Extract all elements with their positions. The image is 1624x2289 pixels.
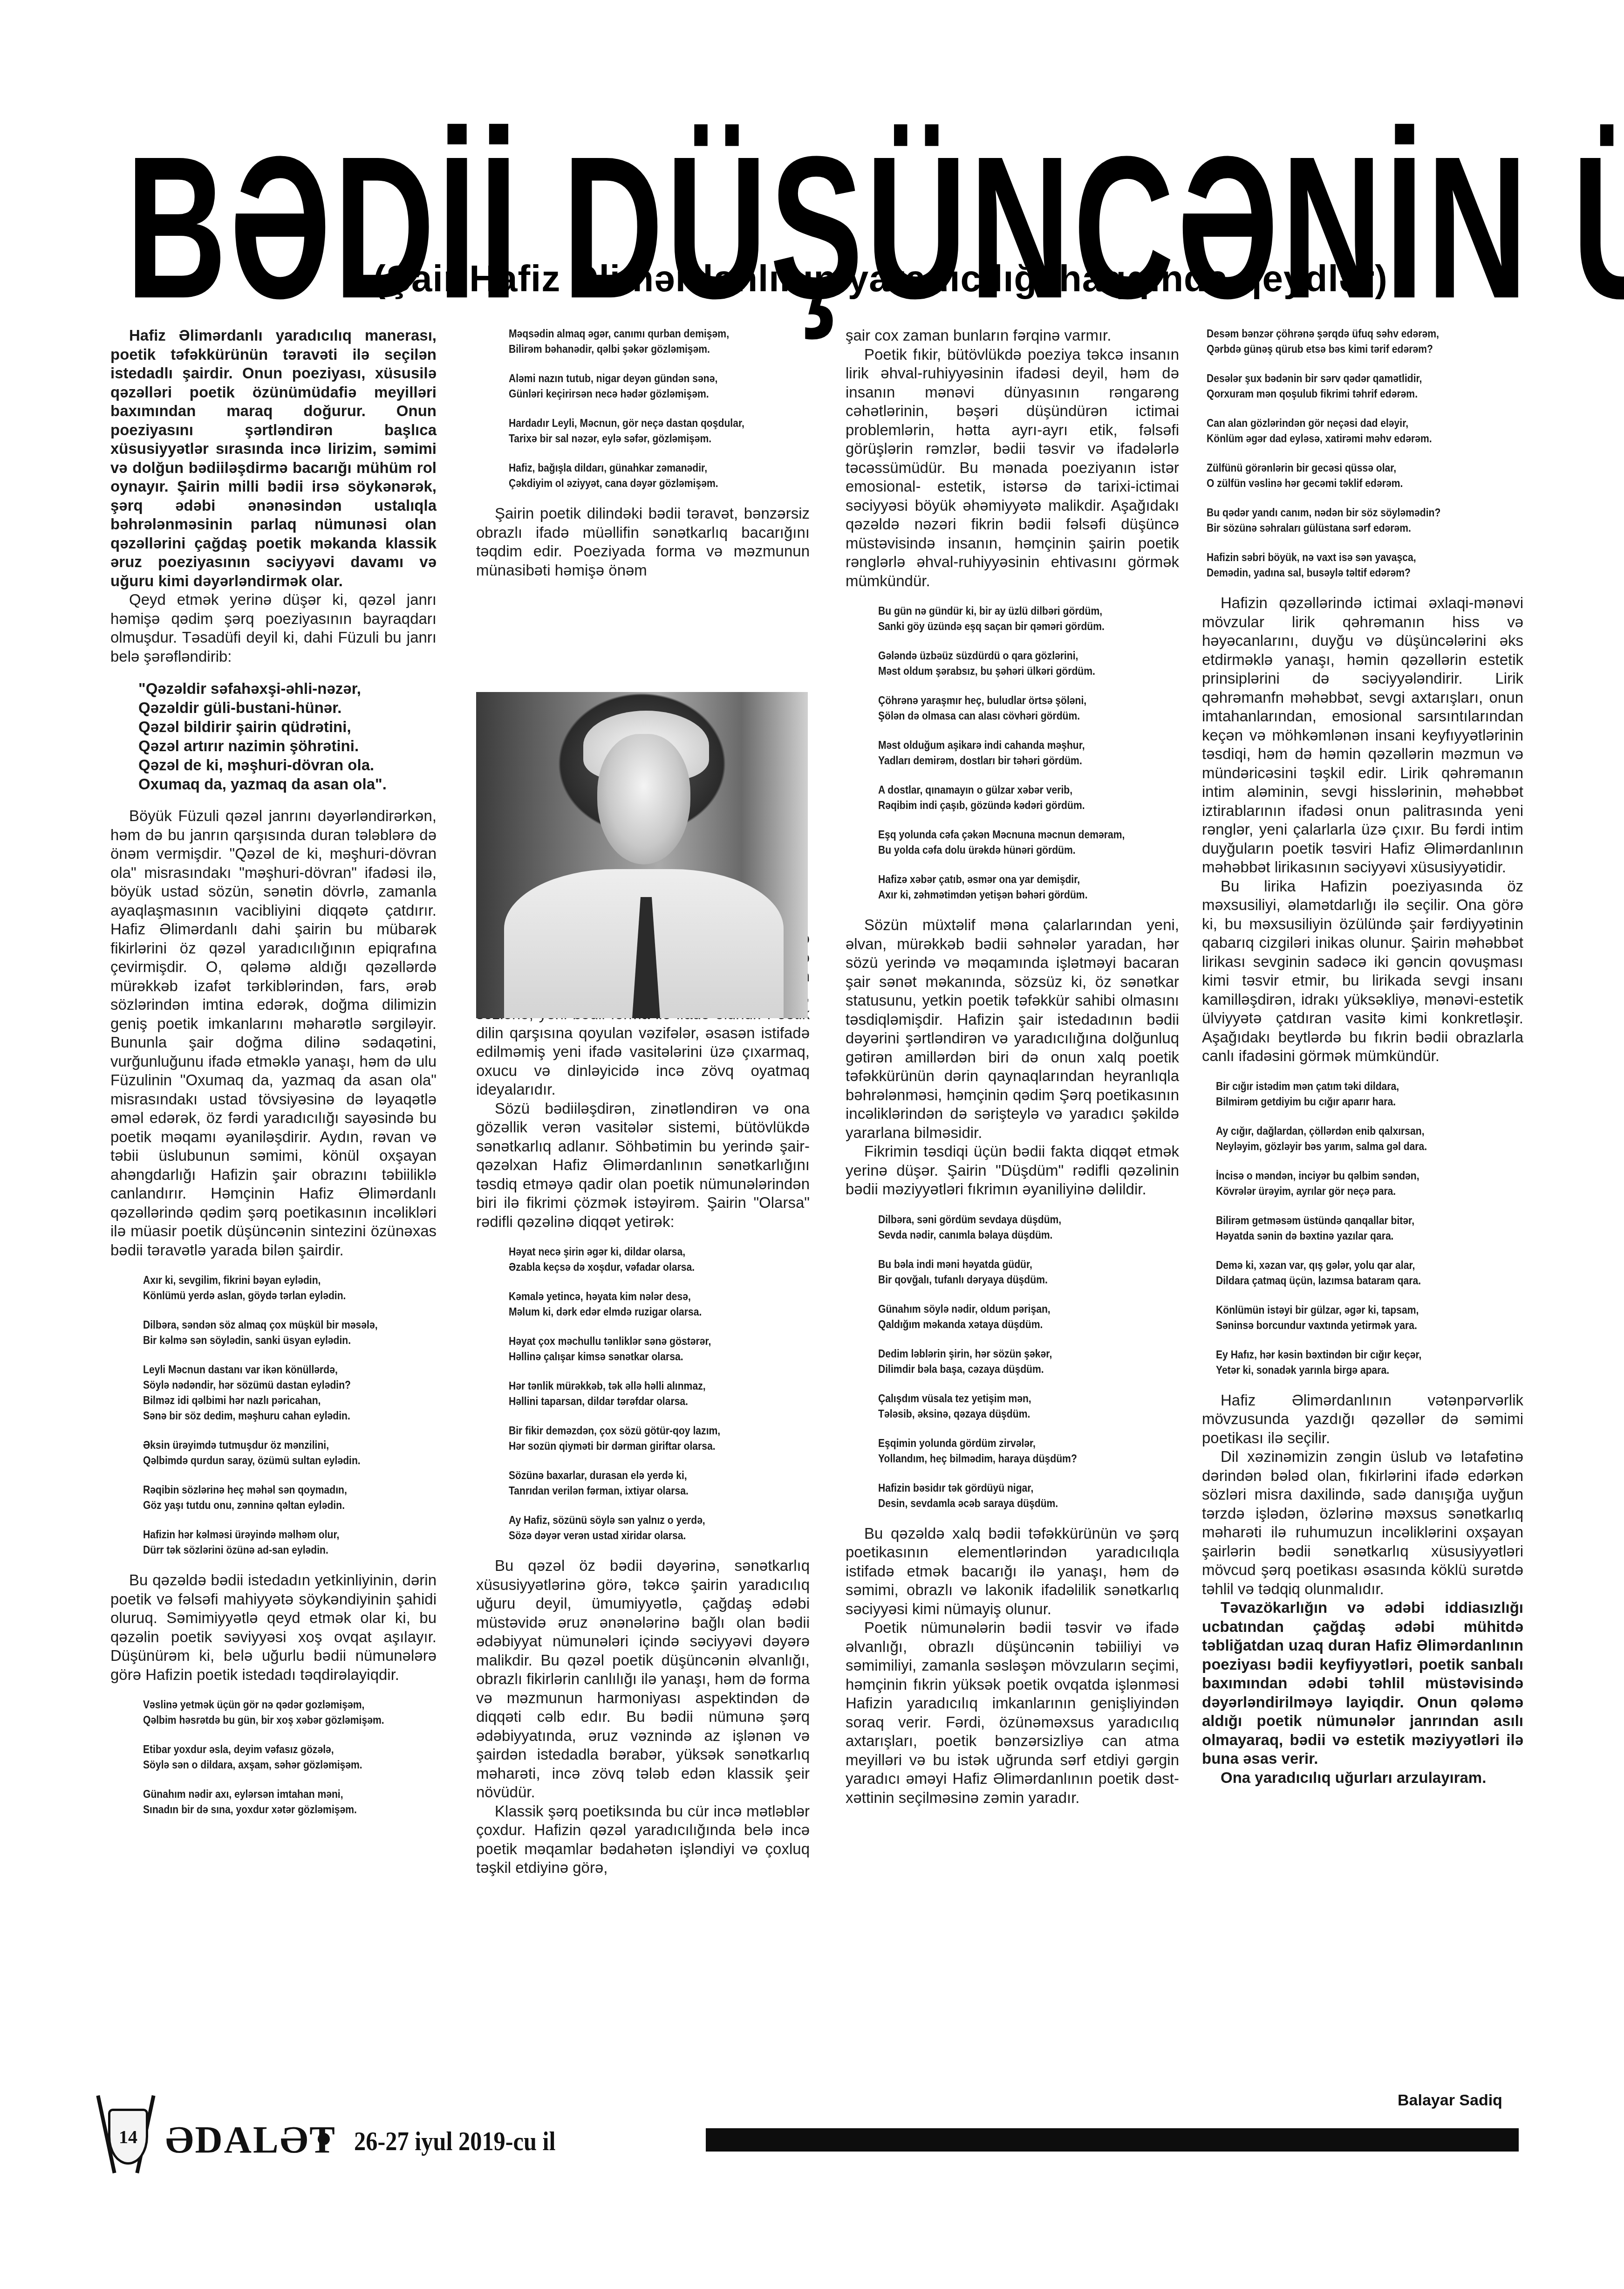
verse-line: Məst oldum şərabsız, bu şəhəri ülkəri gö…: [878, 664, 1190, 679]
photo-face: [597, 734, 690, 864]
fuzuli-quote-verse: "Qəzəldir səfahəxşi-əhli-nəzər, Qəzəldir…: [138, 679, 437, 794]
footer-rule-bar: [706, 2128, 1519, 2152]
verse-line: Qəzəl de ki, məşhuri-dövran ola.: [138, 755, 437, 774]
verse-line: Bir qovğalı, tufanlı dəryaya düşdüm.: [878, 1272, 1190, 1288]
stanza: Desələr şux bədənin bir sərv qədər qamət…: [1207, 371, 1518, 402]
verse-line: Göz yaşı tutdu onu, zənninə qəltan eyləd…: [143, 1498, 455, 1513]
verse-line: Günahım söylə nədir, oldum pərişan,: [878, 1302, 1190, 1317]
verse-line: Hafizin hər kəlməsi ürəyində məlhəm olur…: [143, 1527, 455, 1542]
verse-line: Çalışdım vüsala tez yetişim mən,: [878, 1391, 1190, 1406]
paragraph: Qeyd etmək yerinə düşər ki, qəzəl janrı …: [110, 590, 437, 666]
verse-line: Yadları demirəm, dostları bir təhəri gör…: [878, 753, 1190, 768]
verse-line: Hardadır Leyli, Məcnun, gör neçə dastan …: [509, 416, 820, 431]
stanza: Dilbəra, səndən söz almaq çox müşkül bir…: [143, 1317, 455, 1348]
verse-line: Məqsədin almaq əgər, canımı qurban demiş…: [509, 326, 820, 342]
stanza: Ay cığır, dağlardan, çöllərdən enib qalx…: [1216, 1124, 1528, 1154]
verse-line: Günahım nədir axı, eylərsən imtahan məni…: [143, 1787, 455, 1802]
stanza: Vəslinə yetmək üçün gör nə qədər gozləmi…: [143, 1697, 455, 1728]
stanza: Bu gün nə gündür ki, bir ay üzlü dilbəri…: [878, 603, 1190, 634]
verse-line: Sınadın bir də sına, yoxdur xətər gözləm…: [143, 1802, 455, 1817]
verse-line: Çöhrənə yaraşmır heç, buludlar örtsə şöl…: [878, 693, 1190, 708]
verse-line: Məlum ki, dərk edər elmdə ruzigar olarsa…: [509, 1304, 820, 1320]
verse-line: Oxumaq da, yazmaq da asan ola".: [138, 774, 437, 794]
paragraph: Sözü bədiiləşdirən, zinətləndirən və ona…: [476, 1099, 810, 1232]
verse-line: Sözə dəyər verən ustad xiridar olarsa.: [509, 1528, 820, 1543]
verse-line: Aləmi nazın tutub, nigar deyən gündən sə…: [509, 371, 820, 386]
ghazel-dusdum: Dilbəra, səni gördüm sevdaya düşdüm,Sevd…: [878, 1212, 1190, 1511]
verse-line: Bilirəm getməsəm üstündə qanqallar bitər…: [1216, 1213, 1528, 1228]
verse-line: Həyatda sənin də bəxtinə yazılar qara.: [1216, 1228, 1528, 1244]
verse-line: Qərbdə günəş qürub etsə bəs kimi tərif e…: [1207, 342, 1518, 357]
ghazel-olarsa: Həyat necə şirin əgər ki, dildar olarsa,…: [509, 1244, 820, 1543]
stanza: Çöhrənə yaraşmır heç, buludlar örtsə şöl…: [878, 693, 1190, 724]
ghazel-gozlemisem-part2: Məqsədin almaq əgər, canımı qurban demiş…: [509, 326, 820, 491]
paragraph: Hafiz Əlimərdanlının vətənpərvərlik mövz…: [1202, 1391, 1523, 1448]
verse-line: Sevda nədir, canımla bəlaya düşdüm.: [878, 1227, 1190, 1243]
stanza: Can alan gözlərindən gör neçəsi dad eləy…: [1207, 416, 1518, 446]
paragraph: Poetik nümunələrin bədii təsvir və ifadə…: [846, 1618, 1179, 1807]
column-1: Hafiz Əlimərdanlı yaradıcılıq manerası, …: [110, 326, 437, 1830]
verse-line: O zülfün vəslinə hər gecəmi təklif edərə…: [1207, 476, 1518, 491]
verse-line: Sənə bir söz dedim, məşhuru cahan eylədi…: [143, 1408, 455, 1424]
column-2: Məqsədin almaq əgər, canımı qurban demiş…: [476, 326, 810, 1878]
page-number: 14: [108, 2109, 148, 2165]
stanza: Leyli Məcnun dastanı var ikən könüllərdə…: [143, 1362, 455, 1424]
stanza: Hafizin səbri böyük, nə vaxt isə sən yav…: [1207, 550, 1518, 581]
verse-line: Qorxuram mən qoşulub fikrimi təhrif edər…: [1207, 386, 1518, 402]
verse-line: Vəslinə yetmək üçün gör nə qədər gozləmi…: [143, 1697, 455, 1713]
stanza: Gələndə üzbəüz süzdürdü o qara gözlərini…: [878, 648, 1190, 679]
stanza: Ay Hafiz, sözünü söylə sən yalnız o yerd…: [509, 1513, 820, 1543]
paragraph: Klassik şərq poetiksında bu cür incə mət…: [476, 1802, 810, 1878]
verse-line: Leyli Məcnun dastanı var ikən könüllərdə…: [143, 1362, 455, 1378]
stanza: Zülfünü görənlərin bir gecəsi qüssə olar…: [1207, 460, 1518, 491]
paragraph: Hafizin qəzəllərində ictimai əxlaqi-mənə…: [1202, 594, 1523, 877]
stanza: Məst olduğum aşikarə indi cahanda məşhur…: [878, 738, 1190, 768]
stanza: Könlümün istəyi bir gülzar, əgər ki, tap…: [1216, 1302, 1528, 1333]
stanza: Həyat çox məchullu tənliklər sənə göstər…: [509, 1334, 820, 1364]
verse-line: Etibar yoxdur əsla, deyim vəfasız gözələ…: [143, 1742, 455, 1757]
stanza: Bir fikir deməzdən, çox sözü götür-qoy l…: [509, 1423, 820, 1454]
verse-line: Kəmalə yetincə, həyata kim nələr desə,: [509, 1289, 820, 1304]
verse-line: Dedim ləblərin şirin, hər sözün şəkər,: [878, 1346, 1190, 1362]
verse-line: Həyat çox məchullu tənliklər sənə göstər…: [509, 1334, 820, 1349]
verse-line: Söylə nədəndir, hər sözümü dastan eylədi…: [143, 1378, 455, 1393]
verse-line: Məst olduğum aşikarə indi cahanda məşhur…: [878, 738, 1190, 753]
verse-line: Qaldığım məkanda xətaya düşdüm.: [878, 1317, 1190, 1332]
verse-line: Sözünə baxarlar, durasan elə yerdə ki,: [509, 1468, 820, 1483]
verse-line: Desələr şux bədənin bir sərv qədər qamət…: [1207, 371, 1518, 386]
closing-wish: Ona yaradıcılıq uğurları arzulayıram.: [1202, 1768, 1523, 1788]
paragraph: Şairin poetik dilindəki bədii təravət, b…: [476, 504, 810, 580]
paragraph: Sözün müxtəlif məna çalarlarından yeni, …: [846, 916, 1179, 1142]
stanza: Həyat necə şirin əgər ki, dildar olarsa,…: [509, 1244, 820, 1275]
paragraph: Bu qəzəldə xalq bədii təfəkkürünün və şə…: [846, 1524, 1179, 1619]
verse-line: Eşqimin yolunda gördüm zirvələr,: [878, 1436, 1190, 1451]
verse-line: Bilirəm bəhanədir, qəlbi şəkər gözləmişə…: [509, 342, 820, 357]
verse-line: A dostlar, qınamayın o gülzar xəbər veri…: [878, 782, 1190, 798]
verse-line: Çəkdiyim ol əziyyət, cana dəyər gözləmiş…: [509, 476, 820, 491]
stanza: Əksin ürəyimdə tutmuşdur öz mənzilini,Qə…: [143, 1438, 455, 1468]
verse-line: Günləri keçirirsən necə hədər gözləmişəm…: [509, 386, 820, 402]
verse-line: Dildara çatmaq üçün, lazımsa bataram qar…: [1216, 1273, 1528, 1288]
verse-line: Yollandım, heç bilmədim, haraya düşdüm?: [878, 1451, 1190, 1467]
verse-line: Həllinə çalışar kimsə sənətkar olarsa.: [509, 1349, 820, 1364]
paragraph: Bu lirika Hafizin poeziyasında öz məxsus…: [1202, 877, 1523, 1066]
stanza: Bir cığır istədim mən çatım təki dildara…: [1216, 1079, 1528, 1110]
stanza: Hər tənlik mürəkkəb, tək əllə həlli alın…: [509, 1378, 820, 1409]
verse-line: Axır ki, zəhmətimdən yetişən bəhəri görd…: [878, 887, 1190, 903]
bullet-dot-icon: [318, 2133, 330, 2145]
column-4: Desəm bənzər çöhrənə şərqdə üfuq səhv ed…: [1202, 326, 1523, 1787]
verse-line: Hafizin bəsidır tək gördüyü nigar,: [878, 1480, 1190, 1496]
verse-line: Eşq yolunda cəfa çəkən Məcnuna məcnun de…: [878, 827, 1190, 843]
closing-paragraph: Təvazökarlığın və ədəbi iddiasızlığı ucb…: [1202, 1598, 1523, 1768]
page-footer: 14 ƏDALƏT 26-27 iyul 2019-cu il: [102, 2095, 1519, 2174]
paragraph: Bu qəzəl öz bədii dəyərinə, sənətkarlıq …: [476, 1556, 810, 1802]
verse-line: Bir fikir deməzdən, çox sözü götür-qoy l…: [509, 1423, 820, 1439]
verse-line: Zülfünü görənlərin bir gecəsi qüssə olar…: [1207, 460, 1518, 476]
article-subtitle: (Şair Hafiz Əlimərdanlının yaradıcılığı …: [252, 255, 1509, 302]
verse-line: İncisə o məndən, inciyər bu qəlbim səndə…: [1216, 1168, 1528, 1184]
newspaper-name: ƏDALƏT: [165, 2119, 336, 2161]
stanza: Məqsədin almaq əgər, canımı qurban demiş…: [509, 326, 820, 357]
poet-portrait-photo: [476, 692, 808, 1018]
verse-line: Səninsə borcundur vaxtında yetirmək yara…: [1216, 1318, 1528, 1333]
intro-paragraph: Hafiz Əlimərdanlı yaradıcılıq manerası, …: [110, 326, 437, 590]
verse-line: Könlüm əgər dad eyləsə, xatirəmi məhv ed…: [1207, 431, 1518, 446]
verse-line: Hər sozün qiyməti bir dərman giriftar ol…: [509, 1439, 820, 1454]
stanza: Kəmalə yetincə, həyata kim nələr desə,Mə…: [509, 1289, 820, 1320]
paragraph: Fikrimin təsdiqi üçün bədii fakta diqqət…: [846, 1142, 1179, 1199]
verse-line: Tanrıdan verilən fərman, ixtiyar olarsa.: [509, 1483, 820, 1499]
verse-line: Könlümü yerdə aslan, göydə tərlan eylədi…: [143, 1288, 455, 1303]
verse-line: Şölən də olmasa can alası cövhəri gördüm…: [878, 708, 1190, 724]
verse-line: Dilimdir bəla başa, cəzaya düşdüm.: [878, 1362, 1190, 1377]
stanza: Demə ki, xəzan var, qış gələr, yolu qar …: [1216, 1258, 1528, 1288]
verse-line: Dilbəra, səndən söz almaq çox müşkül bir…: [143, 1317, 455, 1333]
stanza: Eşq yolunda cəfa çəkən Məcnuna məcnun de…: [878, 827, 1190, 858]
stanza: Hafizin hər kəlməsi ürəyində məlhəm olur…: [143, 1527, 455, 1558]
stanza: Aləmi nazın tutub, nigar deyən gündən sə…: [509, 371, 820, 402]
stanza: Dedim ləblərin şirin, hər sözün şəkər,Di…: [878, 1346, 1190, 1377]
verse-line: Neyləyim, gözləyir bəs yarım, salma gəl …: [1216, 1139, 1528, 1154]
verse-line: Gələndə üzbəüz süzdürdü o qara gözlərini…: [878, 648, 1190, 664]
stanza: Günahım nədir axı, eylərsən imtahan məni…: [143, 1787, 455, 1817]
stanza: Hardadır Leyli, Məcnun, gör neçə dastan …: [509, 416, 820, 446]
verse-line: Söylə sən o dildara, axşam, səhər gözləm…: [143, 1757, 455, 1773]
verse-line: Kövrələr ürəyim, ayrılar gör neçə para.: [1216, 1184, 1528, 1199]
verse-line: Əzabla keçsə də xoşdur, vəfadar olarsa.: [509, 1260, 820, 1275]
verse-line: Hafizə xəbər çatıb, əsmər ona yar demişd…: [878, 872, 1190, 887]
verse-line: Demə ki, xəzan var, qış gələr, yolu qar …: [1216, 1258, 1528, 1273]
stanza: Sözünə baxarlar, durasan elə yerdə ki,Ta…: [509, 1468, 820, 1499]
verse-line: Hər tənlik mürəkkəb, tək əllə həlli alın…: [509, 1378, 820, 1394]
verse-line: Ay cığır, dağlardan, çöllərdən enib qalx…: [1216, 1124, 1528, 1139]
stanza: Çalışdım vüsala tez yetişim mən,Tələsib,…: [878, 1391, 1190, 1422]
verse-line: Hafiz, bağışla dildarı, günahkar zəmanəd…: [509, 460, 820, 476]
stanza: Hafizə xəbər çatıb, əsmər ona yar demişd…: [878, 872, 1190, 903]
stanza: Axır ki, sevgilim, fikrini bəyan eylədin…: [143, 1273, 455, 1303]
verse-line: Bu qədər yandı canım, nədən bir söz söyl…: [1207, 505, 1518, 521]
stanza: Rəqibin sözlərinə heç məhəl sən qoymadın…: [143, 1482, 455, 1513]
verse-line: Axır ki, sevgilim, fikrini bəyan eylədin…: [143, 1273, 455, 1288]
verse-line: Tələsib, əksinə, qəzaya düşdüm.: [878, 1406, 1190, 1422]
column-3: şair cox zaman bunların fərqinə varmır. …: [846, 326, 1179, 1807]
verse-line: Bu gün nə gündür ki, bir ay üzlü dilbəri…: [878, 603, 1190, 619]
stanza: Hafizin bəsidır tək gördüyü nigar,Desin,…: [878, 1480, 1190, 1511]
verse-line: Bir sözünə səhraları gülüstana sərf edər…: [1207, 521, 1518, 536]
stanza: Eşqimin yolunda gördüm zirvələr,Yollandı…: [878, 1436, 1190, 1467]
verse-line: Can alan gözlərindən gör neçəsi dad eləy…: [1207, 416, 1518, 431]
verse-line: Bilmirəm getdiyim bu cığır aparır hara.: [1216, 1094, 1528, 1110]
paragraph: Böyük Füzuli qəzəl janrını dəyərləndirər…: [110, 807, 437, 1260]
verse-line: Bir cığır istədim mən çatım təki dildara…: [1216, 1079, 1528, 1094]
verse-line: Əksin ürəyimdə tutmuşdur öz mənzilini,: [143, 1438, 455, 1453]
stanza: Bilirəm getməsəm üstündə qanqallar bitər…: [1216, 1213, 1528, 1244]
verse-line: Desəm bənzər çöhrənə şərqdə üfuq səhv ed…: [1207, 326, 1518, 342]
verse-line: Qəzəl artırır nazimin şöhrətini.: [138, 736, 437, 755]
stanza: Günahım söylə nədir, oldum pərişan,Qaldı…: [878, 1302, 1190, 1332]
verse-line: Ey Hafız, hər kəsin bəxtindən bir cığır …: [1216, 1347, 1528, 1363]
paragraph: Bu qəzəldə bədii istedadın yetkinliyinin…: [110, 1571, 437, 1684]
stanza: İncisə o məndən, inciyər bu qəlbim səndə…: [1216, 1168, 1528, 1199]
verse-line: Könlümün istəyi bir gülzar, əgər ki, tap…: [1216, 1302, 1528, 1318]
verse-line: Yetər ki, sonadək yarınla birgə apara.: [1216, 1363, 1528, 1378]
paragraph: şair cox zaman bunların fərqinə varmır.: [846, 326, 1179, 345]
verse-line: Qəzəl bildirir şairin qüdrətini,: [138, 717, 437, 736]
stanza: Desəm bənzər çöhrənə şərqdə üfuq səhv ed…: [1207, 326, 1518, 357]
shield-emblem-icon: 14: [102, 2095, 149, 2174]
verse-line: Həllini taparsan, dildar tərəfdar olarsa…: [509, 1394, 820, 1409]
verse-line: Dürr tək sözlərini özünə ad-san eylədin.: [143, 1542, 455, 1558]
verse-line: Qəzəldir güli-bustani-hünər.: [138, 698, 437, 717]
verse-line: Tarixə bir sal nəzər, eylə səfər, gözləm…: [509, 431, 820, 446]
verse-line: Sanki göy üzündə eşq saçan bir qəməri gö…: [878, 619, 1190, 634]
verse-line: Hafizin səbri böyük, nə vaxt isə sən yav…: [1207, 550, 1518, 565]
paragraph: Poetik fıkir, bütövlükdə poeziya təkcə i…: [846, 345, 1179, 591]
ghazel-ederem: Desəm bənzər çöhrənə şərqdə üfuq səhv ed…: [1207, 326, 1518, 581]
stanza: Bu qədər yandı canım, nədən bir söz söyl…: [1207, 505, 1518, 536]
verse-line: Rəqibin sözlərinə heç məhəl sən qoymadın…: [143, 1482, 455, 1498]
stanza: Dilbəra, səni gördüm sevdaya düşdüm,Sevd…: [878, 1212, 1190, 1243]
verse-line: Bir kəlmə sən söylədin, sanki üsyan eylə…: [143, 1333, 455, 1348]
ghazel-gordum: Bu gün nə gündür ki, bir ay üzlü dilbəri…: [878, 603, 1190, 903]
verse-line: "Qəzəldir səfahəxşi-əhli-nəzər,: [138, 679, 437, 698]
verse-line: Bu yolda cəfa dolu ürəkdə hünəri gördüm.: [878, 843, 1190, 858]
ghazel-eyledin: Axır ki, sevgilim, fikrini bəyan eylədin…: [143, 1273, 455, 1558]
stanza: Bu bəla indi məni həyatda güdür,Bir qovğ…: [878, 1257, 1190, 1288]
verse-line: Qəlbimdə qurdun saray, özümü sultan eylə…: [143, 1453, 455, 1468]
verse-line: Bilməz idi qəlbimi hər nazlı pəricahan,: [143, 1393, 455, 1408]
verse-line: Demədin, yadına sal, busəylə təltif edər…: [1207, 565, 1518, 581]
ghazel-cigir: Bir cığır istədim mən çatım təki dildara…: [1216, 1079, 1528, 1378]
verse-line: Qəlbim həsrətdə bu gün, bir xoş xəbər gö…: [143, 1713, 455, 1728]
ghazel-gozlemisem-part1: Vəslinə yetmək üçün gör nə qədər gozləmi…: [143, 1697, 455, 1817]
verse-line: Rəqibim indi çaşıb, gözündə kədəri gördü…: [878, 798, 1190, 813]
stanza: Ey Hafız, hər kəsin bəxtindən bir cığır …: [1216, 1347, 1528, 1378]
stanza: A dostlar, qınamayın o gülzar xəbər veri…: [878, 782, 1190, 813]
paragraph: Dil xəzinəmizin zəngin üslub və lətafəti…: [1202, 1447, 1523, 1598]
issue-date: 26-27 iyul 2019-cu il: [354, 2125, 556, 2158]
verse-line: Bu bəla indi məni həyatda güdür,: [878, 1257, 1190, 1272]
verse-line: Həyat necə şirin əgər ki, dildar olarsa,: [509, 1244, 820, 1260]
stanza: Etibar yoxdur əsla, deyim vəfasız gözələ…: [143, 1742, 455, 1773]
stanza: Hafiz, bağışla dildarı, günahkar zəmanəd…: [509, 460, 820, 491]
verse-line: Dilbəra, səni gördüm sevdaya düşdüm,: [878, 1212, 1190, 1227]
verse-line: Desin, sevdamla əcəb saraya düşdüm.: [878, 1496, 1190, 1511]
verse-line: Ay Hafiz, sözünü söylə sən yalnız o yerd…: [509, 1513, 820, 1528]
